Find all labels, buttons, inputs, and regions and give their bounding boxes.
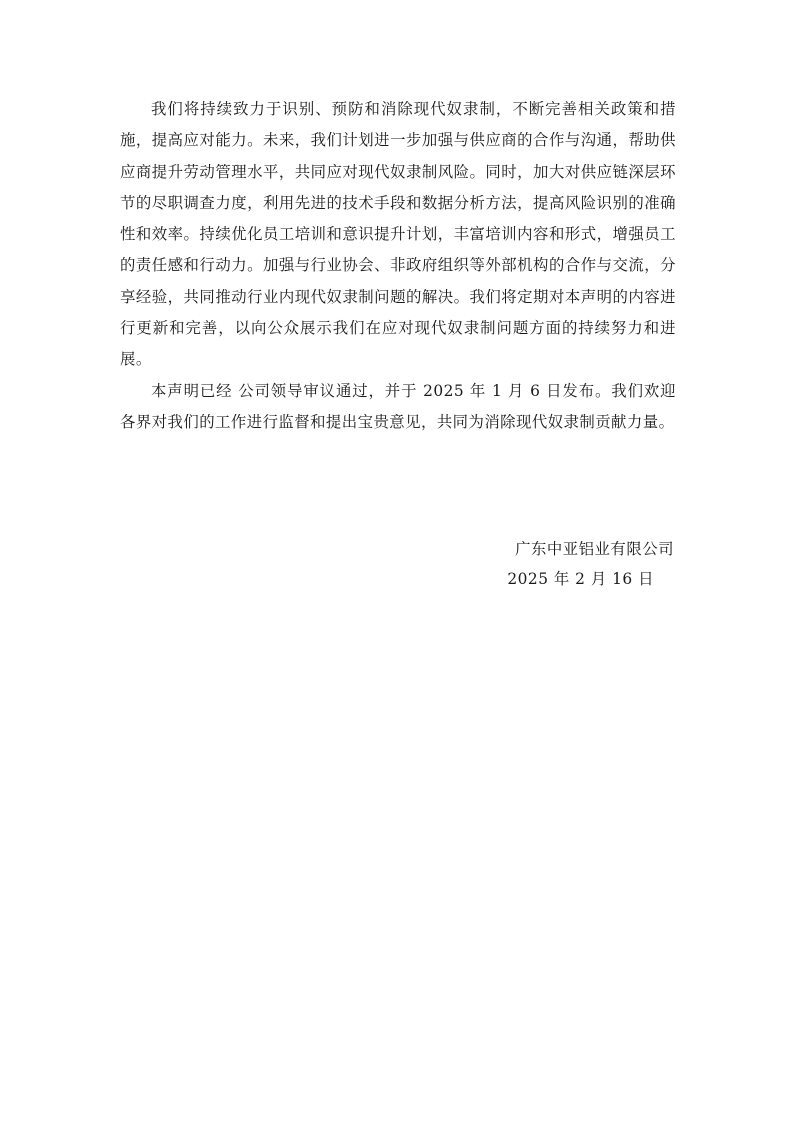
statement-body: 我们将持续致力于识别、预防和消除现代奴隶制，不断完善相关政策和措施，提高应对能力… — [120, 94, 676, 438]
paragraph-approval: 本声明已经 公司领导审议通过，并于 2025 年 1 月 6 日发布。我们欢迎各… — [120, 376, 676, 439]
paragraph-commitment: 我们将持续致力于识别、预防和消除现代奴隶制，不断完善相关政策和措施，提高应对能力… — [120, 94, 676, 376]
document-page: 我们将持续致力于识别、预防和消除现代奴隶制，不断完善相关政策和措施，提高应对能力… — [0, 0, 793, 1122]
signature-date: 2025 年 2 月 16 日 — [507, 564, 674, 594]
company-name: 广东中亚铝业有限公司 — [507, 534, 674, 564]
signature-block: 广东中亚铝业有限公司 2025 年 2 月 16 日 — [507, 534, 674, 594]
